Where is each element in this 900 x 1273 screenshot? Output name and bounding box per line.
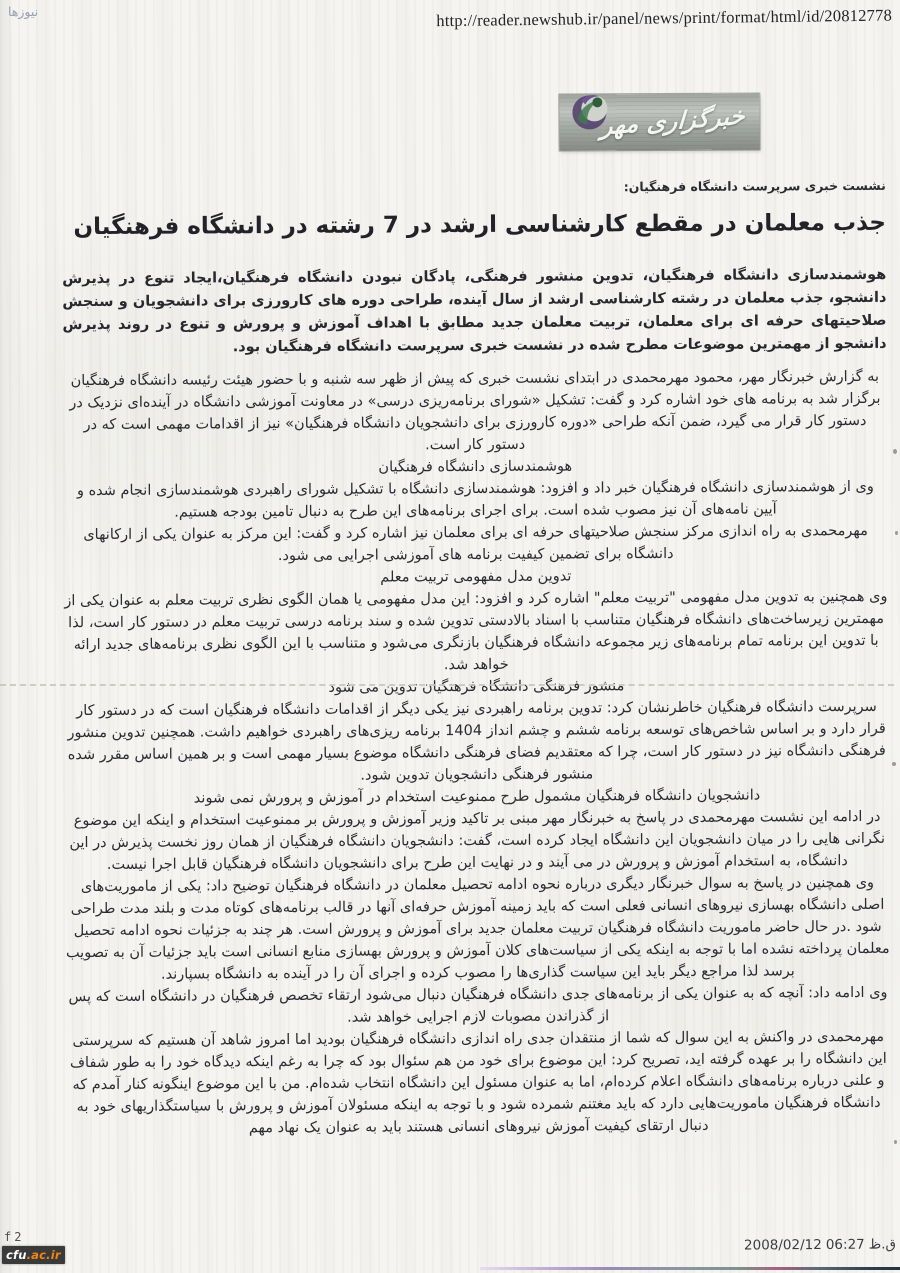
article-paragraph: سرپرست دانشگاه فرهنگیان خاطرنشان کرد: تد…	[64, 696, 888, 788]
mehr-emblem-icon	[567, 88, 609, 140]
article-content: خبرگزاری مهر نشست خبری سرپرست دانشگاه فر…	[61, 0, 891, 1140]
article-lead-paragraph: هوشمندسازی دانشگاه فرهنگیان، تدوین منشور…	[62, 264, 886, 360]
article-headline: جذب معلمان در مقطع کارشناسی ارشد در 7 رش…	[62, 206, 886, 244]
cfu-watermark-badge: cfu.ac.ir	[2, 1246, 65, 1264]
article-kicker: نشست خبری سرپرست دانشگاه فرهنگیان:	[61, 0, 886, 197]
frame-tab-label[interactable]: نیوزها	[8, 4, 38, 19]
scan-speck	[895, 531, 898, 535]
cfu-watermark-name: cfu	[6, 1248, 27, 1262]
article-paragraph: در ادامه این نشست مهرمحمدی در پاسخ به خب…	[65, 806, 889, 876]
article-paragraph: وی همچنین به تدوین مدل مفهومی "تربیت معل…	[64, 586, 888, 678]
scan-speck	[893, 449, 897, 454]
article-paragraph: وی همچنین در پاسخ به سوال خبرنگار دیگری …	[65, 872, 890, 986]
article-paragraph: وی از هوشمندسازی دانشگاه فرهنگیان خبر دا…	[63, 476, 887, 524]
scan-speck	[894, 1140, 897, 1144]
timestamp-time: 06:27	[826, 1237, 865, 1253]
scan-left-edge-shade	[0, 0, 14, 1273]
timestamp-meridiem: ق.ظ	[869, 1236, 896, 1252]
scan-speck	[892, 762, 896, 766]
cfu-watermark-domain: .ac.ir	[27, 1248, 61, 1262]
article-paragraph: به گزارش خبرنگار مهر، محمود مهرمحمدی در …	[63, 366, 887, 458]
page-marker: f2	[4, 1230, 24, 1244]
timestamp-date: 2008/02/12	[744, 1237, 822, 1254]
article-paragraph: وی ادامه داد: آنچه که به عنوان یکی از بر…	[66, 982, 890, 1030]
article-paragraph: مهرمحمدی به راه اندازی مرکز سنجش صلاحیته…	[64, 520, 888, 568]
print-timestamp: 2008/02/1206:27ق.ظ	[740, 1236, 896, 1253]
scan-edge-line	[480, 1267, 900, 1270]
article-paragraph: مهرمحمدی در واکنش به این سوال که شما از …	[66, 1026, 891, 1140]
mehr-logo-banner: خبرگزاری مهر	[559, 94, 759, 151]
